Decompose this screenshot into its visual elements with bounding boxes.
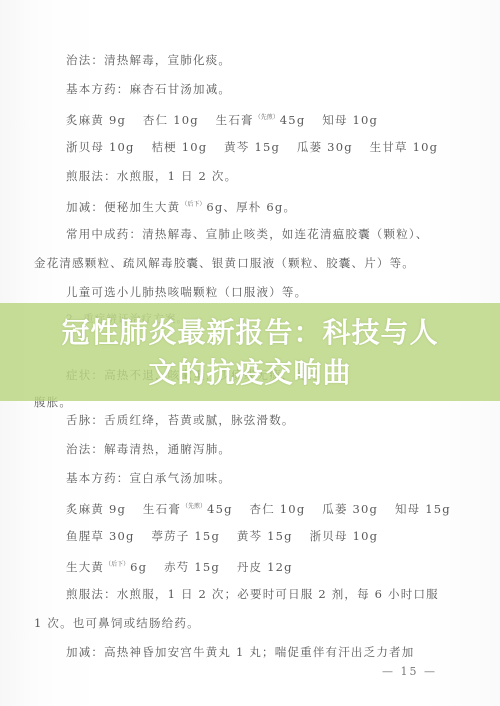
treatment-method-line-2: 治法：解毒清热，通腑泻肺。 [66, 441, 231, 457]
treatment-method-line: 治法：清热解毒，宣肺化痰。 [66, 52, 231, 68]
herb-item: 桔梗 10g [151, 140, 207, 154]
banner-title-line-1: 冠性肺炎最新报告：科技与人 [0, 313, 500, 353]
herb-row-4: 鱼腥草 30g 葶苈子 15g 黄芩 15g 浙贝母 10g [66, 528, 378, 544]
herb-item: 赤芍 15g [164, 560, 220, 574]
herb-item: 杏仁 10g [143, 113, 199, 127]
herb-row-5: 生大黄（后下）6g 赤芍 15g 丹皮 12g [66, 557, 293, 575]
herb-item: 炙麻黄 9g [66, 502, 126, 516]
herb-item: 黄芩 15g [224, 140, 280, 154]
herb-note: （先煎） [255, 114, 279, 121]
patent-medicine-line-cont: 金花清感颗粒、疏风解毒胶囊、银黄口服液（颗粒、胶囊、片）等。 [34, 255, 415, 271]
herb-item: 生甘草 10g [370, 140, 439, 154]
basic-prescription-line-2: 基本方药：宣白承气汤加味。 [66, 470, 231, 486]
herb-row-1: 炙麻黄 9g 杏仁 10g 生石膏（先煎）45g 知母 10g [66, 110, 378, 128]
herb-item: 知母 15g [395, 502, 451, 516]
herb-item: 杏仁 10g [250, 502, 306, 516]
patent-medicine-line: 常用中成药：清热解毒、宣肺止咳类，如连花清瘟胶囊（颗粒）、 [66, 226, 429, 242]
herb-item: 浙贝母 10g [66, 140, 135, 154]
modification-line: 加减：便秘加生大黄（后下）6g、厚朴 6g。 [66, 197, 296, 215]
herb-item: 黄芩 15g [237, 529, 293, 543]
decoction-method-line-2: 煎服法：水煎服，1 日 2 次；必要时可日服 2 剂，每 6 小时口服 [66, 586, 439, 602]
herb-item: 知母 10g [322, 113, 378, 127]
herb-item: 瓜蒌 30g [297, 140, 353, 154]
banner-title-line-2: 文的抗疫交响曲 [0, 353, 500, 393]
herb-row-2: 浙贝母 10g 桔梗 10g 黄芩 15g 瓜蒌 30g 生甘草 10g [66, 139, 438, 155]
herb-item: 葶苈子 15g [151, 529, 220, 543]
herb-item: 生石膏（先煎）45g [143, 502, 233, 516]
herb-note: （先煎） [182, 503, 206, 510]
herb-item: 鱼腥草 30g [66, 529, 135, 543]
herb-row-3: 炙麻黄 9g 生石膏（先煎）45g 杏仁 10g 瓜蒌 30g 知母 15g [66, 499, 451, 517]
tongue-pulse-line: 舌脉：舌质红绛，苔黄或腻，脉弦滑数。 [66, 412, 295, 428]
herb-item: 浙贝母 10g [310, 529, 379, 543]
herb-item: 生石膏（先煎）45g [216, 113, 306, 127]
banner-title: 冠性肺炎最新报告：科技与人 文的抗疫交响曲 [0, 313, 500, 393]
page-number: — 15 — [382, 665, 437, 678]
herb-item: 炙麻黄 9g [66, 113, 126, 127]
decoction-method-line: 煎服法：水煎服，1 日 2 次。 [66, 168, 237, 184]
herb-item: 丹皮 12g [237, 560, 293, 574]
herb-note: （后下） [105, 561, 129, 568]
herb-note: （后下） [181, 201, 205, 208]
children-medicine-line: 儿童可选小儿肺热咳喘颗粒（口服液）等。 [66, 284, 307, 300]
herb-item: 瓜蒌 30g [322, 502, 378, 516]
modification-line-2: 加减：高热神昏加安宫牛黄丸 1 丸；喘促重伴有汗出乏力者加 [66, 644, 414, 660]
basic-prescription-line: 基本方药：麻杏石甘汤加减。 [66, 81, 231, 97]
decoction-method-line-2-cont: 1 次。也可鼻饲或结肠给药。 [34, 615, 200, 631]
herb-item: 生大黄（后下）6g [66, 560, 147, 574]
